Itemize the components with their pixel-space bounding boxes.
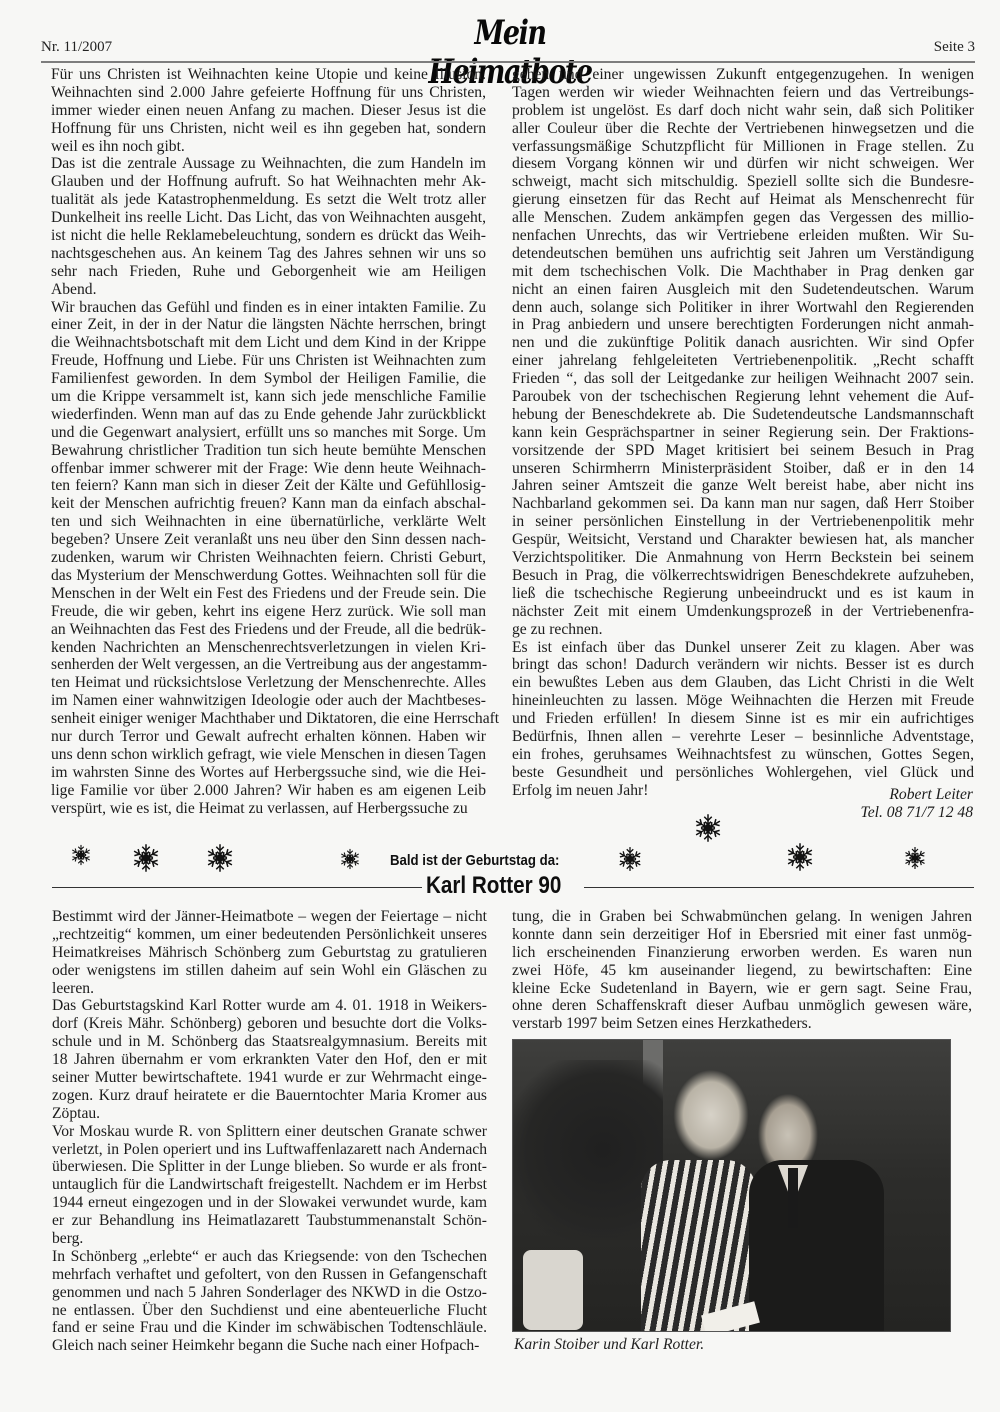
text-line: im Namen einer wahnwitzigen Ideologie od… (51, 692, 486, 710)
text-line: senheit einiger weniger Machthaber und D… (51, 710, 486, 728)
text-line: nicht an einen fairen Ausgleich mit den … (512, 281, 974, 299)
banner-rule-right (584, 887, 974, 888)
text-line: um die Krippe versammelt ist, kann sich … (51, 388, 486, 406)
text-line: nur durch Terror und Gewalt aufrecht erh… (51, 728, 486, 746)
text-line: vorsitzende der SPD Maget kritisiert bei… (512, 442, 974, 460)
text-line: Hoffnung für uns Christen, nicht weil es… (51, 120, 486, 138)
text-line: hineinleuchten zu lassen. Möge Weihnacht… (512, 692, 974, 710)
text-line: aller Couleur über die Rechte der Vertri… (512, 120, 974, 138)
text-line: Bestimmt wird der Jänner-Heimatbote – we… (52, 908, 487, 926)
text-line: berg. (52, 1230, 487, 1248)
text-line: denn auch, solange sich Politiker in ihr… (512, 299, 974, 317)
snowflake-icon (70, 844, 92, 866)
text-line: Besuch in Prag, die völkerrechtswidrigen… (512, 567, 974, 585)
snowflake-icon (693, 813, 723, 843)
text-line: in seiner persönlichen Einstellung in de… (512, 513, 974, 531)
text-line: Wir brauchen das Gefühl und finden es in… (51, 299, 486, 317)
article1-column-left: Für uns Christen ist Weihnachten keine U… (51, 66, 486, 817)
text-line: beste Gesundheit und persönliches Wohler… (512, 764, 974, 782)
issue-number: Nr. 11/2007 (41, 39, 112, 56)
banner: Karl Rotter 90 (52, 872, 974, 902)
text-line: hebung der Beneschdekrete ab. Die Sudete… (512, 406, 974, 424)
text-line: untauglich für die Landwirtschaft freige… (52, 1176, 487, 1194)
text-line: detendeutschen bemühen uns aufrichtig se… (512, 245, 974, 263)
text-line: alle Menschen. Zudem ankämpfen gegen das… (512, 209, 974, 227)
text-line: 1944 erneut eingezogen und in der Slowak… (52, 1194, 487, 1212)
banner-title: Karl Rotter 90 (426, 872, 561, 900)
text-line: Bewahrung christlicher Tradition tun sic… (51, 442, 486, 460)
text-line: 18 Jahren übernahm er vom erkrankten Vat… (52, 1051, 487, 1069)
text-line: genommen und nach 5 Jahren Sonderlager d… (52, 1284, 487, 1302)
text-line: dorf (Kreis Mähr. Schönberg) geboren und… (52, 1015, 487, 1033)
text-line: das Mysterium der Menschwerdung Gottes. … (51, 567, 486, 585)
text-line: an Weihnachten das Fest des Friedens und… (51, 621, 486, 639)
text-line: leeren. (52, 980, 487, 998)
text-line: schweigt, macht sich mitschuldig. Spezie… (512, 173, 974, 191)
photo-karin-stoiber-karl-rotter (512, 1039, 951, 1332)
text-line: offenbar immer schwerer mit der Frage: W… (51, 460, 486, 478)
text-line: bringt das schon! Dadurch verändern wir … (512, 656, 974, 674)
snowflake-icon (205, 843, 235, 873)
text-line: Dunkelheit ins reelle Licht. Das Licht, … (51, 209, 486, 227)
article2-column-left: Bestimmt wird der Jänner-Heimatbote – we… (52, 908, 487, 1355)
text-line: Familienfest geworden. In dem Symbol der… (51, 370, 486, 388)
text-line: Bedürfnis, Ihnen allen – verehrte Leser … (512, 728, 974, 746)
text-line: er zur Behandlung ins Heimatlazarett Tau… (52, 1212, 487, 1230)
text-line: sehr nach Frieden, Ruhe und Geborgenheit… (51, 263, 486, 281)
snowflake-icon (339, 848, 361, 870)
text-line: ließ die tschechische Regierung unbeeind… (512, 585, 974, 603)
text-line: zwei Höfe, 45 km auseinander liegend, zu… (512, 962, 972, 980)
text-line: verletzt, in Polen operiert und ins Luft… (52, 1141, 487, 1159)
text-line: ten und sich Weihnachten in eine übernat… (51, 513, 486, 531)
text-line: schule und in M. Schönberg das Staatsrea… (52, 1033, 487, 1051)
text-line: uns denn schon wirklich gefragt, wie vie… (51, 746, 486, 764)
text-line: nenfachen Unrechts, das wir Vertriebene … (512, 227, 974, 245)
text-line: konnte dann sein derzeitiger Hof in Eber… (512, 926, 972, 944)
text-line: ein frohes, geruhsames Weihnachtsfest zu… (512, 746, 974, 764)
text-line: Paroubek von der tschechischen Regierung… (512, 388, 974, 406)
text-line: nen und die zukünftige Politik danach au… (512, 334, 974, 352)
text-line: Zöptau. (52, 1105, 487, 1123)
text-line: in Prag anbiedern und unsere berechtigte… (512, 316, 974, 334)
text-line: Gleich nach seiner Heimkehr begann die S… (52, 1337, 487, 1355)
text-line: fand er seine Frau und die Kinder im sch… (52, 1319, 487, 1337)
text-line: verspürt, wie es ist, die Heimat zu verl… (51, 800, 486, 818)
text-line: einer Zeit, in der in der Natur die läng… (51, 316, 486, 334)
text-line: In Schönberg „erlebte“ er auch das Krieg… (52, 1248, 487, 1266)
text-line: kann kein Gesprächspartner in seiner Reg… (512, 424, 974, 442)
photo-bag (523, 1250, 583, 1330)
text-line: die Weihnachtsbotschaft mit dem Licht un… (51, 334, 486, 352)
text-line: immer wieder einen neuen Anfang zu mache… (51, 102, 486, 120)
text-line: ein bewußtes Leben aus dem Glauben, das … (512, 674, 974, 692)
photo-tie (788, 1168, 798, 1228)
article2-column-right: tung, die in Graben bei Schwabmünchen ge… (512, 908, 972, 1033)
text-line: ten feiern? Kann man sich in dieser Zeit… (51, 477, 486, 495)
text-line: nächster Zeit mit einem Umdenkungsprozeß… (512, 603, 974, 621)
text-line: nachtsgeschehen aus. An keinem Tag des J… (51, 245, 486, 263)
text-line: weil es ihn noch gibt. (51, 138, 486, 156)
text-line: Freude, die wir geben, kehrt ins eigene … (51, 603, 486, 621)
text-line: Das Geburtstagskind Karl Rotter wurde am… (52, 997, 487, 1015)
text-line: im wahrsten Sinne des Wortes auf Herberg… (51, 764, 486, 782)
text-line: Weihnachten sind 2.000 Jahre gefeierte H… (51, 84, 486, 102)
banner-subtitle: Bald ist der Geburtstag da: (390, 852, 559, 869)
text-line: kleine Ecke Sudetenland in Bayern, wie e… (512, 980, 972, 998)
text-line: Freude, Hoffnung und Liebe. Für uns Chri… (51, 352, 486, 370)
article1-signature: Robert Leiter Tel. 08 71/7 12 48 (861, 786, 974, 822)
photo-person-man (749, 1160, 884, 1331)
text-line: Tagen werden wir wieder Weihnachten feie… (512, 84, 974, 102)
text-line: Vor Moskau wurde R. von Splittern einer … (52, 1123, 487, 1141)
text-line: zogen. Kurz drauf heiratete er die Bauer… (52, 1087, 487, 1105)
text-line: Gespür, Weitsicht, Verstand und Charakte… (512, 531, 974, 549)
snowflake-icon (617, 846, 643, 872)
article1-column-right: gehen und einer ungewissen Zukunft entge… (512, 66, 974, 800)
text-line: zudenken, warum wir Christen Weihnachten… (51, 549, 486, 567)
text-line: lige Familie vor über 2.000 Jahren? Wir … (51, 782, 486, 800)
text-line: ne entlassen. Über den Suchdienst und ei… (52, 1302, 487, 1320)
text-line: Abend. (51, 281, 486, 299)
text-line: kenden Nachrichten an Menschenrechtsverl… (51, 639, 486, 657)
text-line: einer jahrelang fehlgeleiteten Vertriebe… (512, 352, 974, 370)
text-line: problem ist ungelöst. Es darf doch nicht… (512, 102, 974, 120)
text-line: ohne deren Schaffenskraft dieser Aufbau … (512, 997, 972, 1015)
text-line: mit dem tschechischen Volk. Die Machthab… (512, 263, 974, 281)
text-line: Heimatkreises Mährisch Schönberg zum Geb… (52, 944, 487, 962)
text-line: verfassungsmäßige Schutzpflicht für Mill… (512, 138, 974, 156)
text-line: ge zu rechnen. (512, 621, 974, 639)
text-line: diesem Vorgang können wir und dürfen wir… (512, 155, 974, 173)
author-phone: Tel. 08 71/7 12 48 (861, 804, 974, 822)
text-line: und Frieden erfüllen! In diesem Sinne is… (512, 710, 974, 728)
snowflake-icon (785, 842, 815, 872)
text-line: Glauben und der Hoffnung aufruft. So hat… (51, 173, 486, 191)
text-line: tung, die in Graben bei Schwabmünchen ge… (512, 908, 972, 926)
text-line: überwiesen. Die Splitter in der Lunge bl… (52, 1158, 487, 1176)
text-line: unseren Schirmherrn Ministerpräsident St… (512, 460, 974, 478)
text-line: Es ist einfach über das Dunkel unserer Z… (512, 639, 974, 657)
text-line: seiner Mutter bewirtschaftete. 1941 wurd… (52, 1069, 487, 1087)
text-line: verstarb 1997 beim Setzen eines Herzkath… (512, 1015, 972, 1033)
text-line: Das ist die zentrale Aussage zu Weihnach… (51, 155, 486, 173)
text-line: gehen und einer ungewissen Zukunft entge… (512, 66, 974, 84)
text-line: lich erscheinenden Finanzierung erworben… (512, 944, 972, 962)
text-line: Nachbarland gekommen sei. Da kann man nu… (512, 495, 974, 513)
text-line: Für uns Christen ist Weihnachten keine U… (51, 66, 486, 84)
text-line: keit der Menschen aufrichtig freuen? Kan… (51, 495, 486, 513)
text-line: „rechtzeitig“ kommen, um einer bedeutend… (52, 926, 487, 944)
author-name: Robert Leiter (861, 786, 974, 804)
text-line: begeben? Unsere Zeit veranlaßt uns neu ü… (51, 531, 486, 549)
text-line: senherden der Welt vergessen, an die Ver… (51, 656, 486, 674)
text-line: tualität als jede Katastrophenmeldung. E… (51, 191, 486, 209)
text-line: mehrfach verhaftet und gefoltert, von de… (52, 1266, 487, 1284)
text-line: wiederfinden. Wenn man auf das zu Ende g… (51, 406, 486, 424)
text-line: und die Gegenwart analysiert, erfüllt un… (51, 424, 486, 442)
text-line: Frieden “, das soll der Leitgedanke zur … (512, 370, 974, 388)
banner-rule-left (52, 887, 422, 888)
text-line: ten Heimat und rücksichtslose Verletzung… (51, 674, 486, 692)
text-line: ist nicht die helle Reklamebeleuchtung, … (51, 227, 486, 245)
text-line: gierung einsetzen für das Recht auf Heim… (512, 191, 974, 209)
text-line: Jahren seiner Amtszeit die ganze Welt be… (512, 477, 974, 495)
page-header: Nr. 11/2007 Mein Heimatbote Seite 3 (0, 0, 1000, 62)
text-line: Verzichtspolitiker. Die Anmahnung von He… (512, 549, 974, 567)
snowflake-icon (903, 846, 927, 870)
text-line: oder wenigstens im stillen daheim auf se… (52, 962, 487, 980)
header-divider (41, 61, 975, 63)
photo-caption: Karin Stoiber und Karl Rotter. (514, 1336, 704, 1354)
page-number: Seite 3 (934, 39, 975, 56)
text-line: Menschen in der Welt ein Fest des Friede… (51, 585, 486, 603)
snowflake-icon (131, 843, 161, 873)
